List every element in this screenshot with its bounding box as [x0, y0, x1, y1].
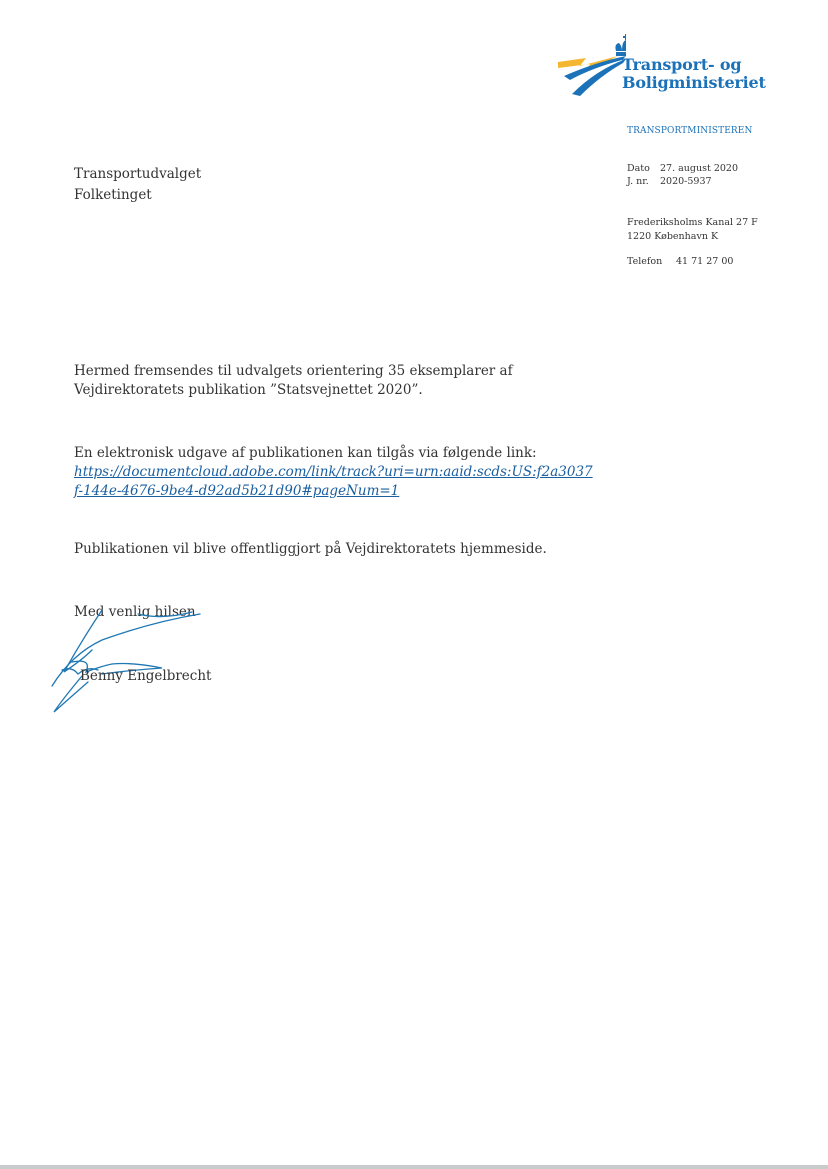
publication-link-line2[interactable]: f-144e-4676-9be4-d92ad5b21d90#pageNum=1 [74, 482, 593, 501]
signer-name: Benny Engelbrecht [80, 668, 211, 684]
ministry-name-line1: Transport- og [622, 56, 766, 74]
sender-address: Frederiksholms Kanal 27 F 1220 København… [627, 216, 758, 244]
ministry-name: Transport- og Boligministeriet [622, 56, 766, 92]
phone-value: 41 71 27 00 [676, 256, 733, 267]
crown-road-logo-icon [556, 34, 626, 104]
paragraph-link: En elektronisk udgave af publikationen k… [74, 444, 593, 501]
link-intro: En elektronisk udgave af publikationen k… [74, 444, 593, 463]
address-line2: 1220 København K [627, 230, 758, 244]
recipient-line1: Transportudvalget [74, 164, 201, 185]
date-row: Dato27. august 2020 [627, 162, 738, 175]
ministry-name-line2: Boligministeriet [622, 74, 766, 92]
date-value: 27. august 2020 [660, 163, 738, 174]
paragraph-publication: Publikationen vil blive offentliggjort p… [74, 540, 547, 559]
publication-link[interactable]: https://documentcloud.adobe.com/link/tra… [74, 463, 593, 501]
reference-row: J. nr.2020-5937 [627, 175, 712, 188]
reference-label: J. nr. [627, 175, 660, 188]
ministry-logo: Transport- og Boligministeriet [556, 34, 776, 104]
recipient-block: Transportudvalget Folketinget [74, 164, 201, 206]
paragraph-intro: Hermed fremsendes til udvalgets orienter… [74, 362, 513, 400]
paragraph-intro-line1: Hermed fremsendes til udvalgets orienter… [74, 362, 513, 381]
paragraph-intro-line2: Vejdirektoratets publikation ”Statsvejne… [74, 381, 513, 400]
phone-label: Telefon [627, 256, 676, 267]
phone-row: Telefon41 71 27 00 [627, 256, 733, 267]
publication-link-line1[interactable]: https://documentcloud.adobe.com/link/tra… [74, 463, 593, 482]
reference-value: 2020-5937 [660, 176, 712, 187]
date-label: Dato [627, 162, 660, 175]
address-line1: Frederiksholms Kanal 27 F [627, 216, 758, 230]
department-name: TRANSPORTMINISTEREN [627, 126, 752, 136]
page-bottom-edge [0, 1165, 828, 1169]
recipient-line2: Folketinget [74, 185, 201, 206]
handwritten-signature-icon [42, 600, 212, 720]
